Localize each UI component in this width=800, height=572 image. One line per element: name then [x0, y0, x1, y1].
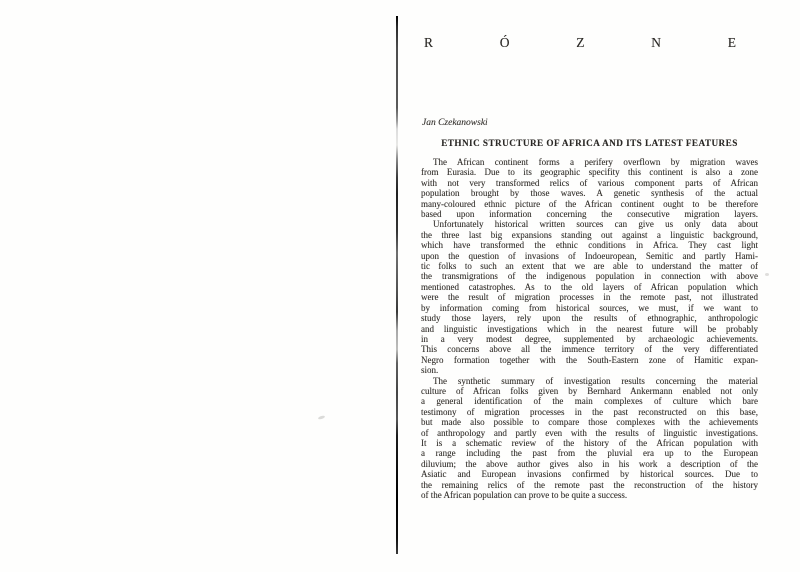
text-line: testimony of migration processes in the …: [421, 407, 758, 417]
text-line: by information coming from historical so…: [421, 303, 758, 313]
text-line: The African continent forms a perifery o…: [421, 157, 758, 167]
book-spine-line: [396, 16, 398, 554]
text-line: This concerns above all the immence terr…: [421, 344, 758, 354]
text-line: upon the question of invasions of Indoeu…: [421, 251, 758, 261]
article-title: ETHNIC STRUCTURE OF AFRICA AND ITS LATES…: [421, 138, 758, 148]
text-line: the three last big expansions standing o…: [421, 230, 758, 240]
text-line: tic folks to such an extent that we are …: [421, 261, 758, 271]
text-line: diluvium; the above author gives also in…: [421, 459, 758, 469]
text-line: of anthropology and partly even with the…: [421, 428, 758, 438]
text-line: Unfortunately historical written sources…: [421, 219, 758, 229]
article-body: The African continent forms a perifery o…: [421, 157, 758, 500]
scan-speck: [318, 415, 326, 420]
header-letter: Ó: [500, 35, 510, 51]
text-line: sion.: [421, 365, 758, 375]
text-line: from Eurasia. Due to its geographic spec…: [421, 167, 758, 177]
header-letter: R: [424, 35, 433, 51]
text-line: of the African population can prove to b…: [421, 490, 758, 500]
text-line: a general identification of the main com…: [421, 396, 758, 406]
text-line: population brought by those waves. A gen…: [421, 188, 758, 198]
text-line: mentioned catastrophes. As to the old la…: [421, 282, 758, 292]
text-line: the remaining relics of the remote past …: [421, 480, 758, 490]
text-line: It is a schematic review of the history …: [421, 438, 758, 448]
text-line: Asiatic and European invasions confirmed…: [421, 469, 758, 479]
text-line: a range including the past from the pluv…: [421, 448, 758, 458]
text-line: in a very modest degree, supplemented by…: [421, 334, 758, 344]
scan-speck: [765, 273, 769, 276]
text-line: based upon information concerning the co…: [421, 209, 758, 219]
header-letter: Z: [576, 35, 584, 51]
text-line: many-coloured ethnic picture of the Afri…: [421, 199, 758, 209]
text-line: Negro formation together with the South-…: [421, 355, 758, 365]
text-line: with not very transformed relics of vari…: [421, 178, 758, 188]
text-line: which have transformed the ethnic condit…: [421, 240, 758, 250]
header-letter: E: [728, 35, 736, 51]
text-line: were the result of migration processes i…: [421, 292, 758, 302]
author-name: Jan Czekanowski: [422, 118, 488, 128]
text-line: study those layers, rely upon the result…: [421, 313, 758, 323]
text-line: The synthetic summary of investigation r…: [421, 376, 758, 386]
journal-section-header: R Ó Z N E: [424, 35, 736, 51]
header-letter: N: [651, 35, 661, 51]
scanned-page: R Ó Z N E Jan Czekanowski ETHNIC STRUCTU…: [0, 0, 800, 572]
text-line: the transmigrations of the indigenous po…: [421, 271, 758, 281]
text-line: culture of African folks given by Bernha…: [421, 386, 758, 396]
text-line: but made also possible to compare those …: [421, 417, 758, 427]
text-line: and linguistic investigations which in t…: [421, 324, 758, 334]
